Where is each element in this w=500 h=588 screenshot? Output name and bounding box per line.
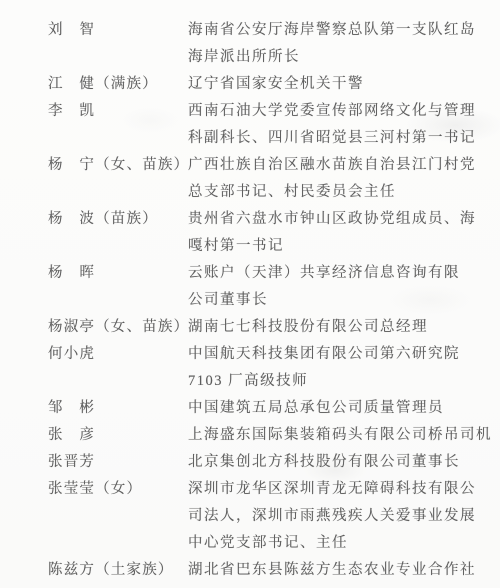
entry-desc-line: 中心党支部书记、主任 — [188, 530, 482, 557]
roster-entry-row: 杨 晖 云账户（天津）共享经济信息咨询有限公司董事长 — [48, 260, 482, 314]
entry-description: 海南省公安厅海岸警察总队第一支队红岛海岸派出所所长 — [188, 17, 482, 71]
entry-description: 中国航天科技集团有限公司第六研究院7103 厂高级技师 — [188, 341, 482, 395]
entry-name: 杨 波（苗族） — [48, 206, 188, 233]
entry-description: 深圳市龙华区深圳青龙无障碍科技有限公司法人，深圳市雨燕残疾人关爱事业发展中心党支… — [188, 476, 482, 557]
entry-desc-line: 海岸派出所所长 — [188, 44, 482, 71]
entry-name: 张莹莹（女） — [48, 476, 188, 503]
roster-entry-row: 杨淑亭（女、苗族） 湖南七七科技股份有限公司总经理 — [48, 314, 482, 341]
roster-entry-row: 杨 波（苗族） 贵州省六盘水市钟山区政协党组成员、海嘎村第一书记 — [48, 206, 482, 260]
entry-desc-line: 湖北省巴东县陈兹方生态农业专业合作社 — [188, 557, 482, 584]
entry-name: 张晋芳 — [48, 449, 188, 476]
entry-desc-line: 上海盛东国际集装箱码头有限公司桥吊司机 — [188, 422, 482, 449]
entry-name: 何小虎 — [48, 341, 188, 368]
roster-entry-row: 何小虎 中国航天科技集团有限公司第六研究院7103 厂高级技师 — [48, 341, 482, 395]
entry-name: 李 凯 — [48, 98, 188, 125]
entry-description: 北京集创北方科技股份有限公司董事长 — [188, 449, 482, 476]
entry-description: 湖北省巴东县陈兹方生态农业专业合作社 — [188, 557, 482, 584]
entry-name: 杨淑亭（女、苗族） — [48, 314, 188, 341]
entry-desc-line: 中国航天科技集团有限公司第六研究院 — [188, 341, 482, 368]
roster-entry-row: 邹 彬 中国建筑五局总承包公司质量管理员 — [48, 395, 482, 422]
entry-desc-line: 司法人，深圳市雨燕残疾人关爱事业发展 — [188, 503, 482, 530]
entry-desc-line: 中国建筑五局总承包公司质量管理员 — [188, 395, 482, 422]
entry-desc-line: 北京集创北方科技股份有限公司董事长 — [188, 449, 482, 476]
entry-name: 陈兹方（土家族） — [48, 557, 188, 584]
roster-entry-row: 张莹莹（女） 深圳市龙华区深圳青龙无障碍科技有限公司法人，深圳市雨燕残疾人关爱事… — [48, 476, 482, 557]
entry-name: 邹 彬 — [48, 395, 188, 422]
entry-desc-line: 海南省公安厅海岸警察总队第一支队红岛 — [188, 17, 482, 44]
entry-description: 广西壮族自治区融水苗族自治县江门村党总支部书记、村民委员会主任 — [188, 152, 482, 206]
entry-description: 中国建筑五局总承包公司质量管理员 — [188, 395, 482, 422]
entry-description: 西南石油大学党委宣传部网络文化与管理科副科长、四川省昭觉县三河村第一书记 — [188, 98, 482, 152]
entry-desc-line: 湖南七七科技股份有限公司总经理 — [188, 314, 482, 341]
roster-entry-row: 陈兹方（土家族） 湖北省巴东县陈兹方生态农业专业合作社 — [48, 557, 482, 584]
entry-desc-line: 总支部书记、村民委员会主任 — [188, 179, 482, 206]
roster-entry-row: 张 彦 上海盛东国际集装箱码头有限公司桥吊司机 — [48, 422, 482, 449]
roster-entry-row: 张晋芳 北京集创北方科技股份有限公司董事长 — [48, 449, 482, 476]
entry-desc-line: 嘎村第一书记 — [188, 233, 482, 260]
entry-description: 湖南七七科技股份有限公司总经理 — [188, 314, 482, 341]
entry-desc-line: 西南石油大学党委宣传部网络文化与管理 — [188, 98, 482, 125]
roster-entry-row: 李 凯 西南石油大学党委宣传部网络文化与管理科副科长、四川省昭觉县三河村第一书记 — [48, 98, 482, 152]
entry-desc-line: 科副科长、四川省昭觉县三河村第一书记 — [188, 125, 482, 152]
entry-name: 刘 智 — [48, 17, 188, 44]
entry-description: 辽宁省国家安全机关干警 — [188, 71, 482, 98]
roster-entry-row: 杨 宁（女、苗族） 广西壮族自治区融水苗族自治县江门村党总支部书记、村民委员会主… — [48, 152, 482, 206]
entry-desc-line: 辽宁省国家安全机关干警 — [188, 71, 482, 98]
entry-desc-line: 公司董事长 — [188, 287, 482, 314]
entry-description: 上海盛东国际集装箱码头有限公司桥吊司机 — [188, 422, 482, 449]
roster-document: 刘 智 海南省公安厅海岸警察总队第一支队红岛海岸派出所所长 江 健（满族） 辽宁… — [48, 17, 482, 584]
entry-description: 云账户（天津）共享经济信息咨询有限公司董事长 — [188, 260, 482, 314]
entry-desc-line: 云账户（天津）共享经济信息咨询有限 — [188, 260, 482, 287]
entry-desc-line: 广西壮族自治区融水苗族自治县江门村党 — [188, 152, 482, 179]
entry-desc-line: 贵州省六盘水市钟山区政协党组成员、海 — [188, 206, 482, 233]
roster-entry-row: 江 健（满族） 辽宁省国家安全机关干警 — [48, 71, 482, 98]
entry-name: 杨 晖 — [48, 260, 188, 287]
roster-entry-row: 刘 智 海南省公安厅海岸警察总队第一支队红岛海岸派出所所长 — [48, 17, 482, 71]
entry-name: 张 彦 — [48, 422, 188, 449]
entry-description: 贵州省六盘水市钟山区政协党组成员、海嘎村第一书记 — [188, 206, 482, 260]
entry-name: 江 健（满族） — [48, 71, 188, 98]
entry-desc-line: 深圳市龙华区深圳青龙无障碍科技有限公 — [188, 476, 482, 503]
entry-desc-line: 7103 厂高级技师 — [188, 368, 482, 395]
entry-name: 杨 宁（女、苗族） — [48, 152, 188, 179]
